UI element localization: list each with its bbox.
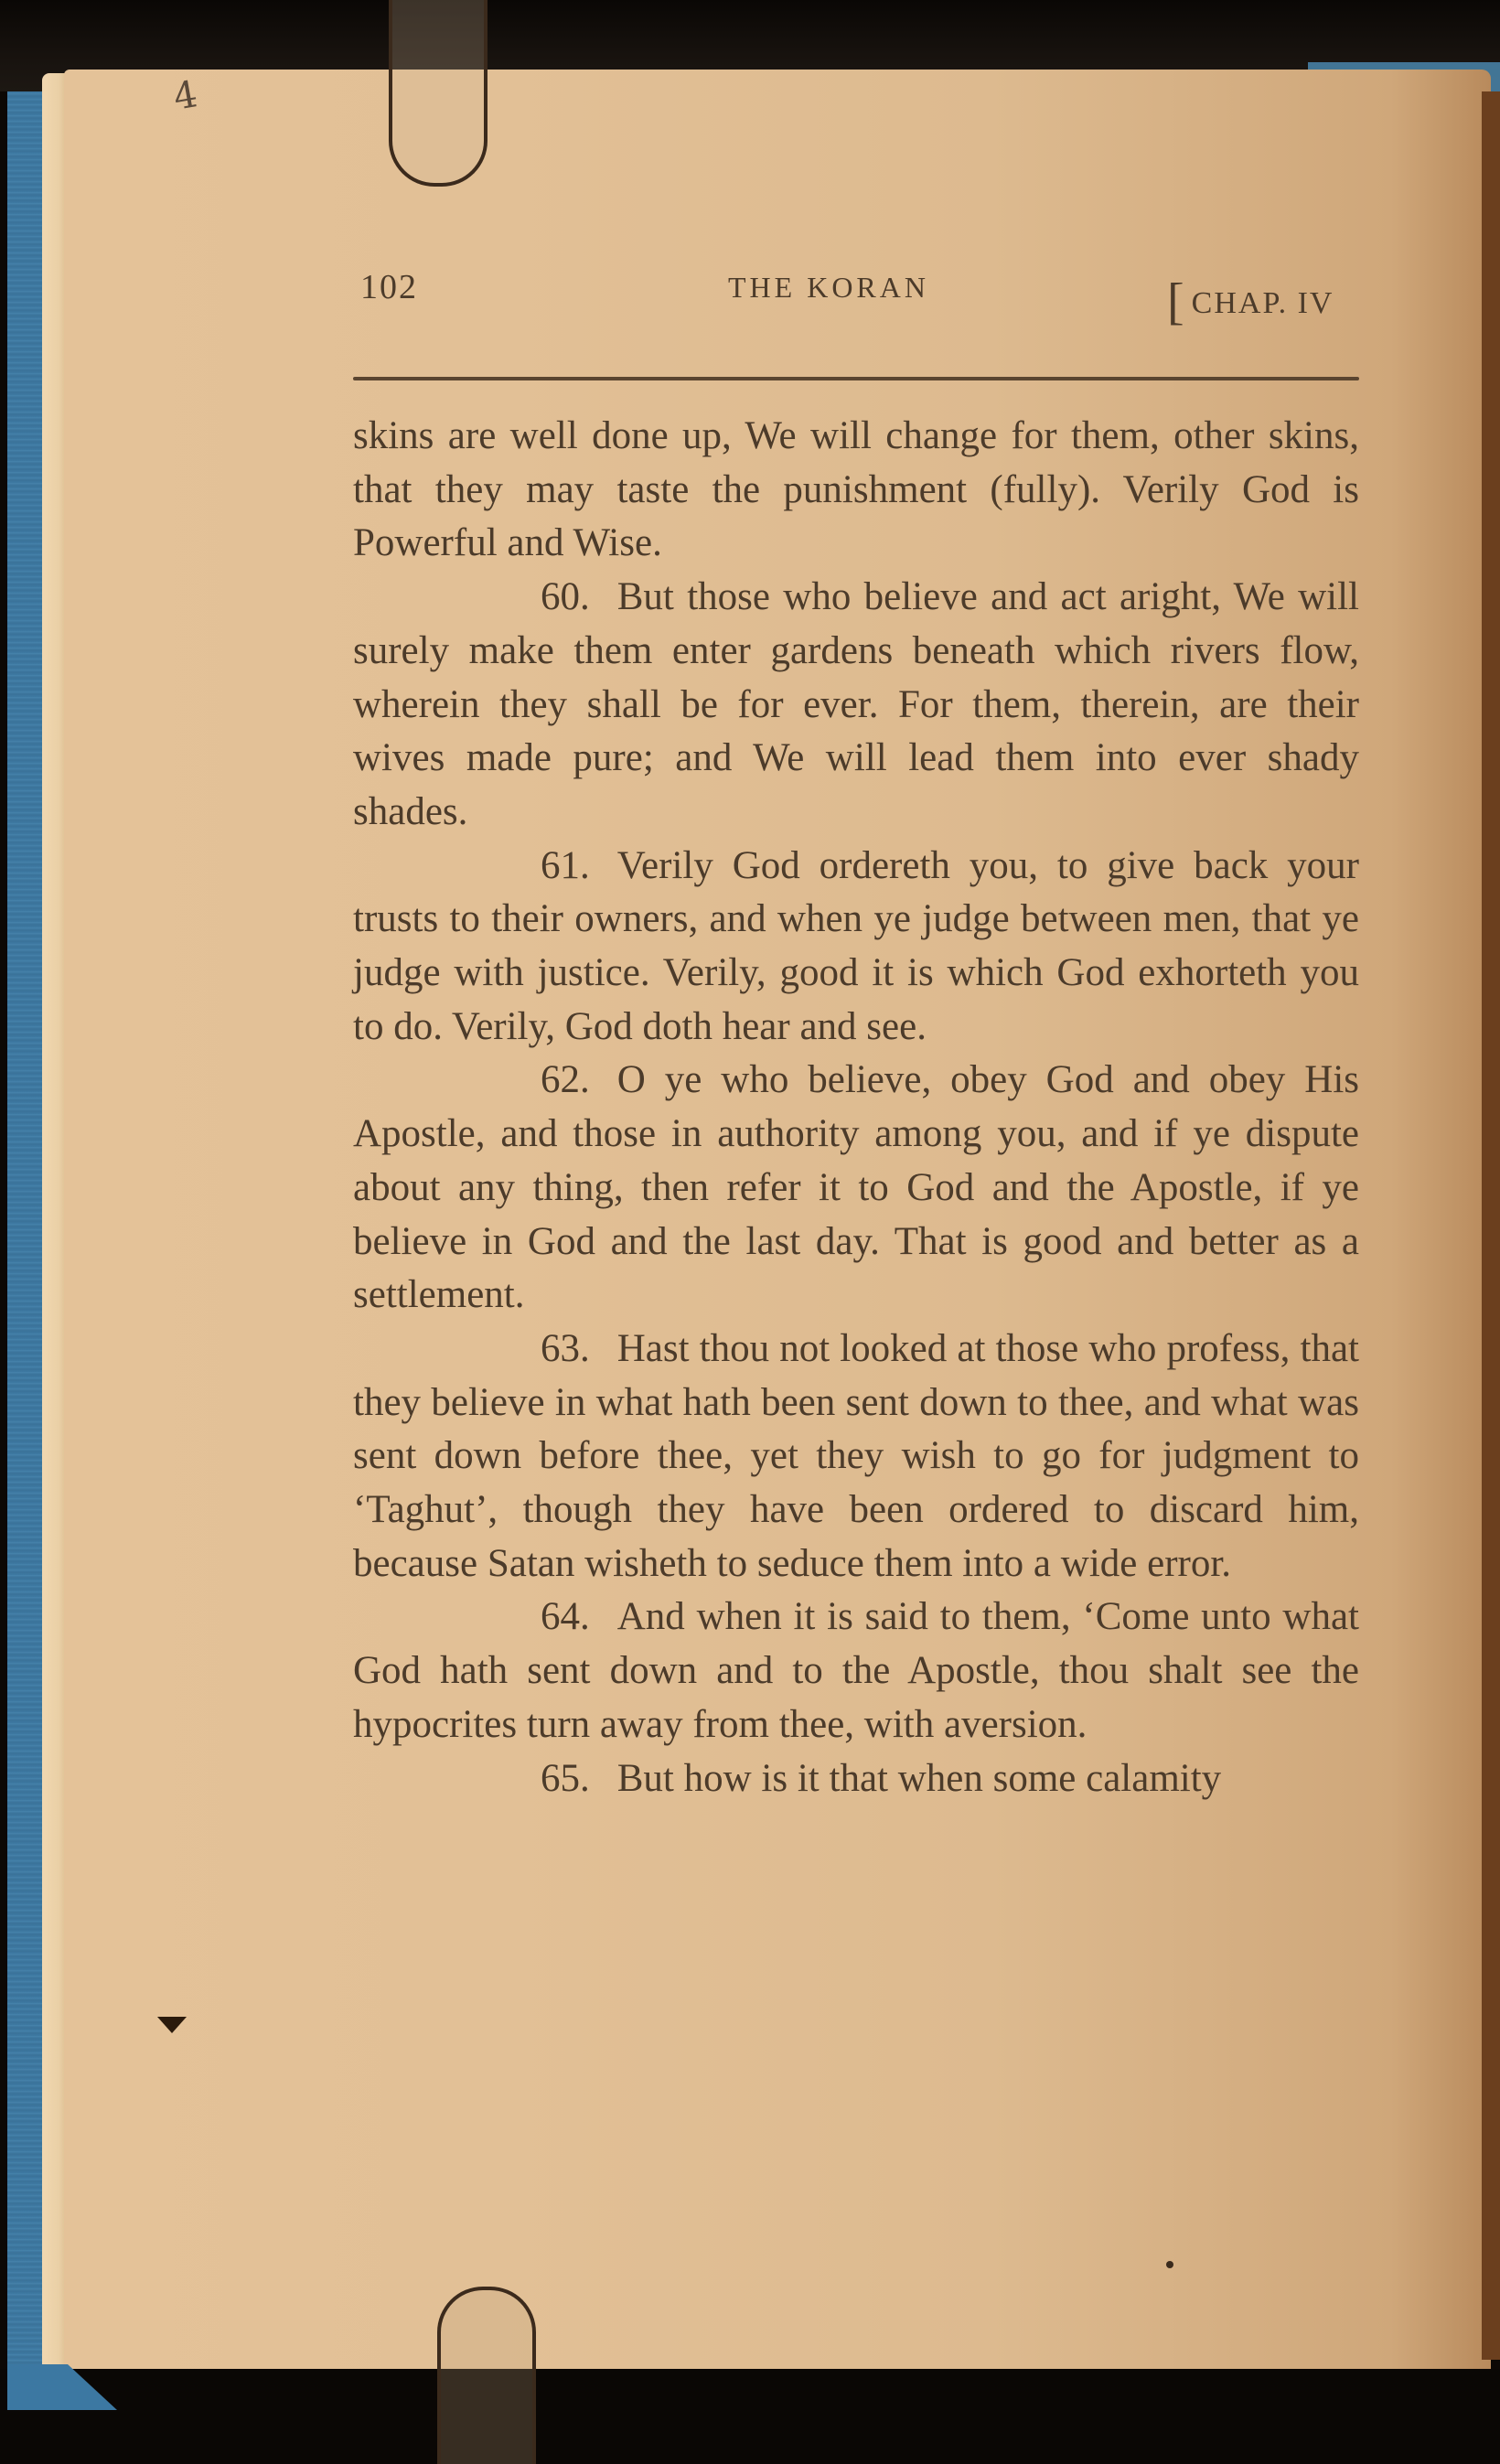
verse-62: 62.O ye who believe, obey God and obey H… — [353, 1054, 1359, 1323]
verse-text: Verily God ordereth you, to give back yo… — [353, 844, 1359, 1048]
book-cover-left-edge — [7, 91, 44, 2415]
book-title: THE KORAN — [728, 271, 929, 305]
chapter-bracket: [ — [1167, 273, 1186, 330]
verse-text: But how is it that when some calamity — [617, 1757, 1221, 1800]
verse-60: 60.But those who believe and act aright,… — [353, 571, 1359, 840]
page-number: 102 — [360, 267, 418, 307]
verse-63: 63.Hast thou not looked at those who pro… — [353, 1323, 1359, 1591]
header-rule — [353, 377, 1359, 380]
page-right-edge — [1482, 91, 1500, 2360]
chapter-label: [CHAP. IV — [1167, 267, 1334, 326]
paragraph-text: skins are well done up, We will change f… — [353, 414, 1359, 564]
chapter-text: CHAP. IV — [1192, 286, 1334, 320]
running-head: 102 THE KORAN [CHAP. IV — [353, 267, 1359, 331]
ink-dot — [1166, 2261, 1173, 2268]
verse-text: Hast thou not looked at those who profes… — [353, 1327, 1359, 1585]
verse-number: 61. — [541, 844, 590, 887]
book-photo: 4 102 THE KORAN [CHAP. IV skins are well… — [0, 0, 1500, 2464]
verse-61: 61.Verily God ordereth you, to give back… — [353, 840, 1359, 1055]
verse-number: 64. — [541, 1595, 590, 1638]
verse-number: 62. — [541, 1058, 590, 1101]
paragraph-continuation: skins are well done up, We will change f… — [353, 410, 1359, 571]
verse-64: 64.And when it is said to them, ‘Come un… — [353, 1591, 1359, 1752]
page-clip-bottom-icon — [437, 2287, 536, 2464]
body-text: skins are well done up, We will change f… — [353, 410, 1359, 1805]
bottom-background — [0, 2369, 1500, 2464]
page-clip-top-icon — [389, 0, 487, 187]
verse-text: And when it is said to them, ‘Come unto … — [353, 1595, 1359, 1745]
verse-65: 65.But how is it that when some calamity — [353, 1752, 1359, 1806]
verse-number: 63. — [541, 1327, 590, 1370]
verse-number: 65. — [541, 1757, 590, 1800]
verse-text: O ye who believe, obey God and obey His … — [353, 1058, 1359, 1316]
verse-number: 60. — [541, 575, 590, 618]
page-content: 102 THE KORAN [CHAP. IV skins are well d… — [353, 267, 1359, 1805]
verse-text: But those who believe and act aright, We… — [353, 575, 1359, 833]
fold-mark-icon — [157, 2017, 187, 2033]
